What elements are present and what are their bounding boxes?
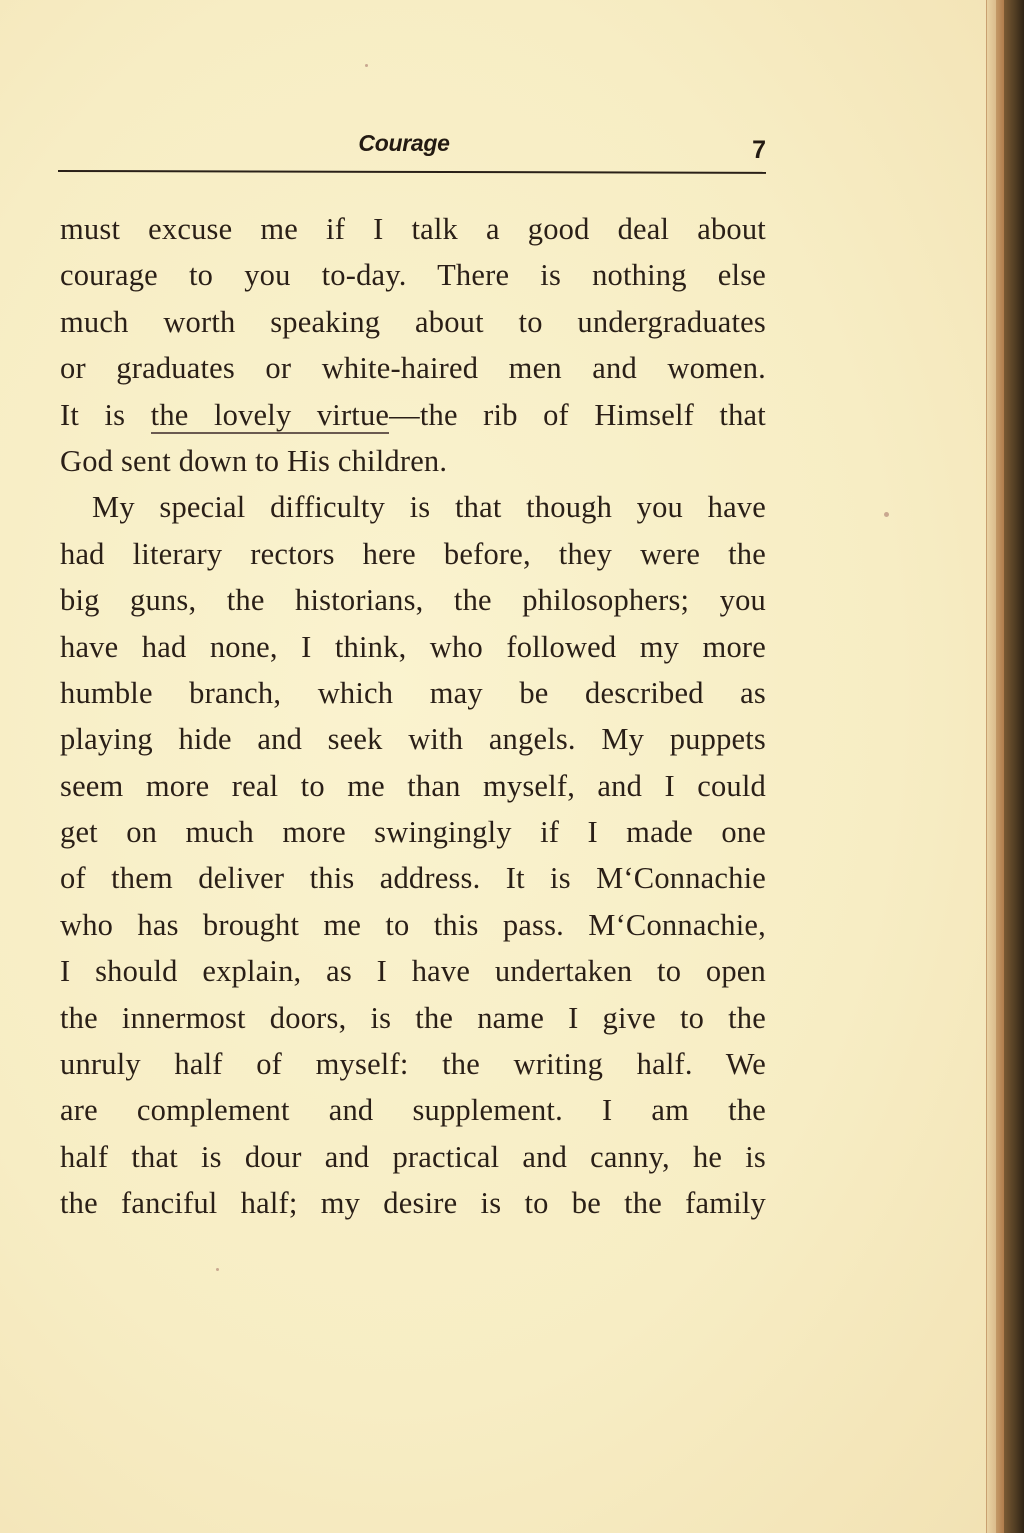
text-line: who has brought me to this pass. M‘Conna… (60, 902, 766, 948)
paragraph-1: must excuse me if I talk a good deal abo… (60, 206, 766, 484)
text-line: seem more real to me than myself, and I … (60, 763, 766, 809)
text-line: the innermost doors, is the name I give … (60, 995, 766, 1041)
text-line: are complement and supplement. I am the (60, 1087, 766, 1133)
book-page: Courage 7 must excuse me if I talk a goo… (0, 0, 986, 1533)
underlined-phrase: the lovely virtue (151, 398, 390, 434)
paper-speck (884, 512, 889, 517)
text-line: playing hide and seek with angels. My pu… (60, 716, 766, 762)
page-number: 7 (752, 136, 766, 165)
text-line: I should explain, as I have undertaken t… (60, 948, 766, 994)
text-line: get on much more swingingly if I made on… (60, 809, 766, 855)
text-line: of them deliver this address. It is M‘Co… (60, 855, 766, 901)
paragraph-2: My special difficulty is that though you… (60, 484, 766, 1226)
paper-speck (216, 1268, 219, 1271)
text-line: have had none, I think, who followed my … (60, 624, 766, 670)
running-title: Courage (58, 130, 766, 157)
text-line: My special difficulty is that though you… (60, 484, 766, 530)
text-line: humble branch, which may be described as (60, 670, 766, 716)
text-line: It is the lovely virtue—the rib of Himse… (60, 392, 766, 438)
body-text: must excuse me if I talk a good deal abo… (60, 206, 766, 1227)
running-head: Courage 7 (58, 126, 766, 170)
text-line: God sent down to His children. (60, 438, 766, 484)
text-line: half that is dour and practical and cann… (60, 1134, 766, 1180)
page-stack-edge (996, 0, 1004, 1533)
text-fragment: —the rib of Himself that (389, 398, 766, 432)
text-line: or graduates or white-haired men and wom… (60, 345, 766, 391)
book-cover-edge (1004, 0, 1024, 1533)
text-line: the fanciful half; my desire is to be th… (60, 1180, 766, 1226)
text-line: much worth speaking about to undergradua… (60, 299, 766, 345)
text-line: unruly half of myself: the writing half.… (60, 1041, 766, 1087)
header-rule (58, 170, 766, 174)
text-line: had literary rectors here before, they w… (60, 531, 766, 577)
text-line: courage to you to-day. There is nothing … (60, 252, 766, 298)
text-fragment: It is (60, 398, 151, 432)
paper-speck (365, 64, 368, 67)
text-line: big guns, the historians, the philosophe… (60, 577, 766, 623)
text-line: must excuse me if I talk a good deal abo… (60, 206, 766, 252)
